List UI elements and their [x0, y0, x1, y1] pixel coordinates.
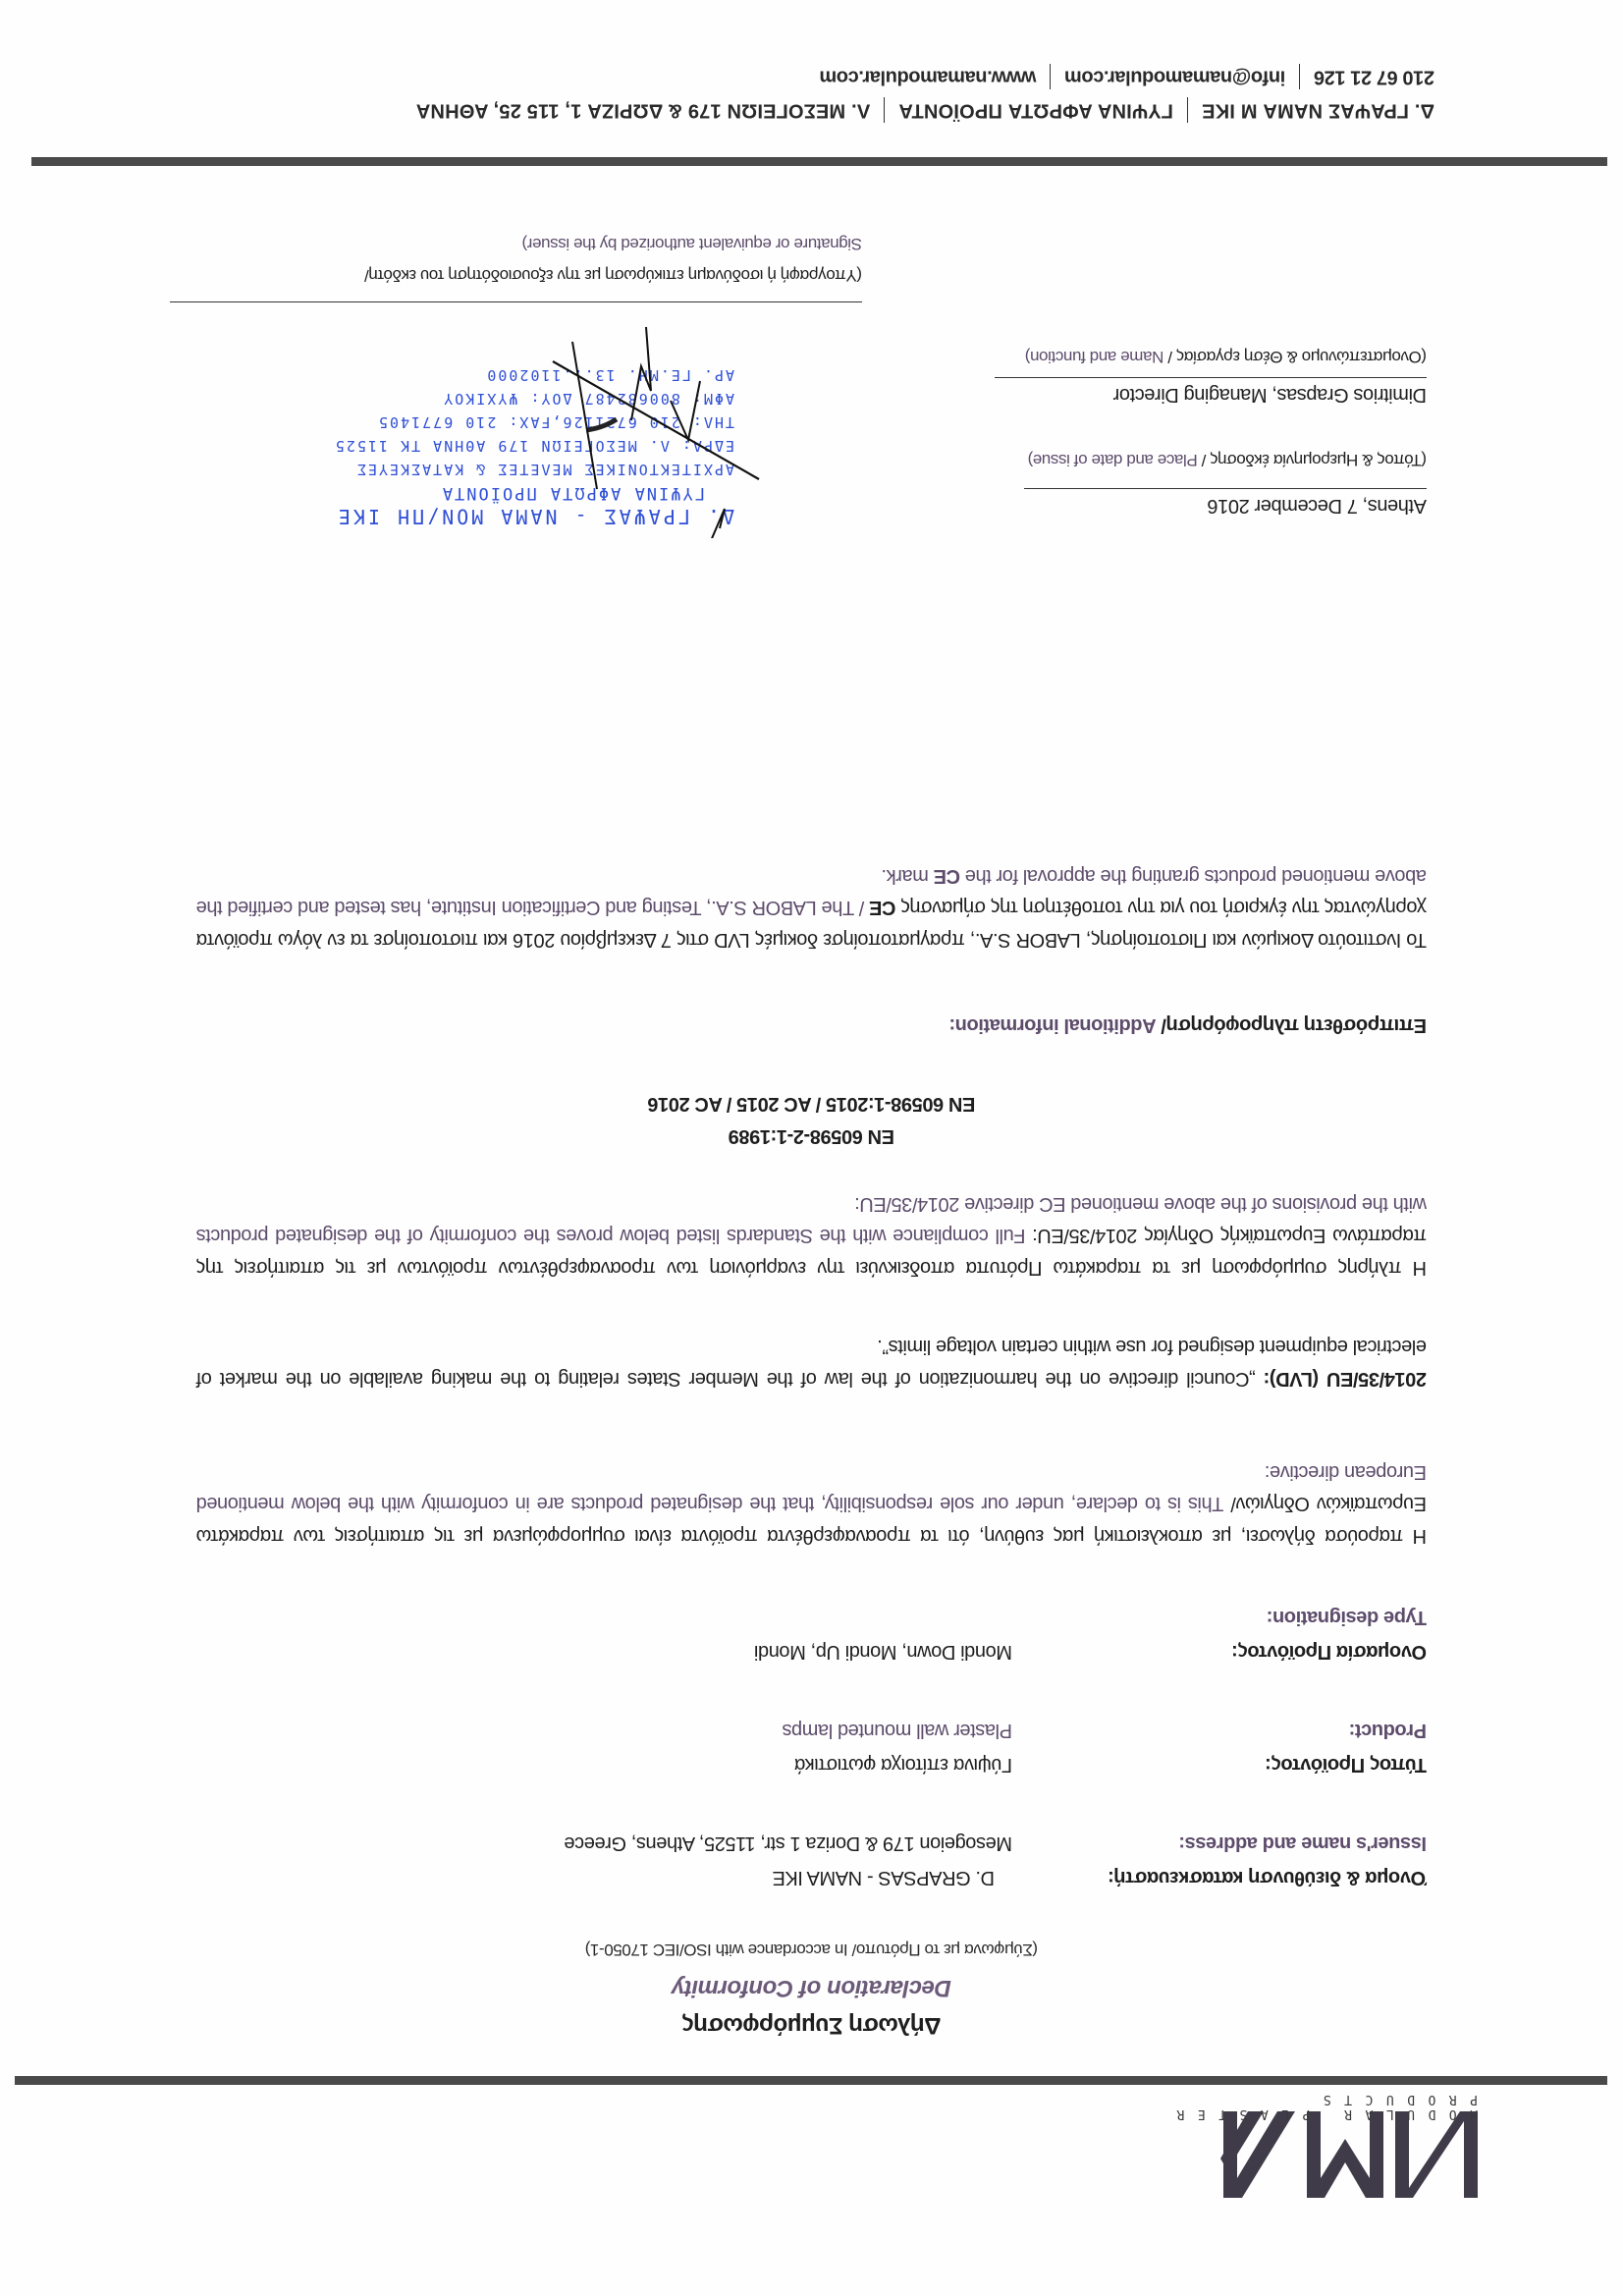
additional-heading-gr: Επιπρόσθετη πληροφόρηση/: [1162, 1014, 1427, 1036]
name-label-en: Name and function): [1025, 348, 1163, 366]
directive-code: 2014/35/EU (LVD):: [1264, 1368, 1427, 1390]
type-designation-label-en: Type designation:: [1267, 1606, 1427, 1628]
additional-heading-en: Additional information:: [949, 1014, 1162, 1036]
footer-company-line: Δ. ΓΡΑΨΑΣ ΝΑΜΑ Μ ΙΚΕΓΥΨΙΝΑ ΑΦΡΩΤΑ ΠΡΟΪΟΝ…: [416, 97, 1434, 123]
issuer-label-gr: Όνομα & διεύθυνση κατασκευαστή:: [1108, 1866, 1427, 1888]
additional-paragraph: Το Ινστιτούτο Δοκιμών και Πιστοποίησης, …: [196, 860, 1427, 957]
additional-heading: Επιπρόσθετη πληροφόρηση/ Additional info…: [949, 1013, 1427, 1036]
footer-phone: 210 67 21 126: [1314, 67, 1434, 88]
declaration-paragraph: Η παρούσα δήλωσει, με αποκλειστική μας ε…: [196, 1456, 1427, 1553]
issuer-address: Mesogeion 179 & Doriza 1 str, 11525, Ath…: [565, 1831, 1012, 1854]
logo-tagline: MODULAR PLASTER PRODUCTS: [1065, 2092, 1478, 2121]
header-divider: [15, 2076, 1607, 2085]
issuer-label-en: Issuer's name and address:: [1179, 1831, 1427, 1854]
footer-email[interactable]: info@namamodular.com: [1064, 67, 1285, 88]
standard-1: EN 60598-2-1:1989: [0, 1124, 1623, 1147]
separator: [884, 97, 885, 123]
issuer-name: D. GRAPSAS - NAMA IKE: [773, 1866, 995, 1888]
standard-2: EN 60598-1:2015 / AC 2015 / AC 2016: [0, 1092, 1623, 1115]
place-date: Athens, 7 December 2016: [1208, 494, 1427, 517]
place-date-label-en: Place and date of issue): [1028, 451, 1198, 469]
handwritten-signature: [366, 293, 779, 538]
declaration-page: MODULAR PLASTER PRODUCTS Δήλωση Συμμόρφω…: [0, 0, 1623, 2296]
product-type-en: Plaster wall mounted lamps: [783, 1719, 1012, 1741]
title-greek: Δήλωση Συμμόρφωσης: [0, 2011, 1623, 2039]
directive-paragraph: 2014/35/EU (LVD): „Council directive on …: [196, 1331, 1427, 1394]
ce-mark-2: CE: [934, 865, 960, 887]
additional-text-en-end: mark.: [882, 865, 934, 887]
place-date-label-gr: (Τόπος & Ημερομηνία έκδοσης /: [1198, 451, 1427, 469]
product-type-label-gr: Τύπος Προϊόντος:: [1266, 1753, 1427, 1776]
name-label-gr: (Ονοματεπώνυμο & Θέση εργασίας /: [1163, 348, 1427, 366]
title-english: Declaration of Conformity: [0, 1974, 1623, 2001]
place-date-line: [1024, 488, 1427, 489]
type-designation-value: Mondi Down, Mondi Up, Mondi: [754, 1640, 1012, 1663]
name-label: (Ονοματεπώνυμο & Θέση εργασίας / Name an…: [1025, 347, 1427, 366]
footer-address: Λ. ΜΕΣΟΓΕΙΩΝ 179 & ΔΩΡΙΖΑ 1, 115 25, ΑΘΗ…: [416, 100, 871, 122]
footer-company: Δ. ΓΡΑΨΑΣ ΝΑΜΑ Μ ΙΚΕ: [1202, 100, 1434, 122]
directive-text: „Council directive on the harmonization …: [196, 1337, 1427, 1391]
compliance-paragraph: Η πλήρης συμμόρφωση με τα παρακάτω Πρότυ…: [196, 1188, 1427, 1285]
footer-website[interactable]: www.namamodular.com: [820, 67, 1037, 88]
footer-divider: [31, 157, 1607, 166]
type-designation-label-gr: Ονομασία Προϊόντος:: [1232, 1640, 1428, 1663]
place-date-label: (Τόπος & Ημερομηνία έκδοσης / Place and …: [1028, 450, 1427, 469]
signature-label-en: Signature or equivalent authorized by th…: [116, 234, 862, 253]
ce-mark-1: CE: [869, 898, 895, 919]
separator: [1299, 64, 1300, 89]
product-type-label-en: Product:: [1349, 1719, 1427, 1741]
name-line: [995, 377, 1427, 378]
signature-line: [170, 301, 862, 302]
iso-subtitle: (Σύμφωνα με το Πρότυπο/ In accordance wi…: [0, 1940, 1623, 1959]
separator: [1187, 97, 1188, 123]
separator: [1050, 64, 1051, 89]
footer-contact-line: 210 67 21 126info@namamodular.comwww.nam…: [820, 64, 1434, 89]
signature-label-gr: (Υπογραφή ή ισοδύναμη επικύρωση με την ε…: [116, 265, 862, 285]
product-type-gr: Γύψινα επίτοιχα φωτιστικά: [794, 1753, 1012, 1776]
signatory-name: Dimitrios Grapsas, Managing Director: [1113, 383, 1427, 406]
footer-products: ΓΥΨΙΝΑ ΑΦΡΩΤΑ ΠΡΟΪΟΝΤΑ: [898, 100, 1173, 122]
